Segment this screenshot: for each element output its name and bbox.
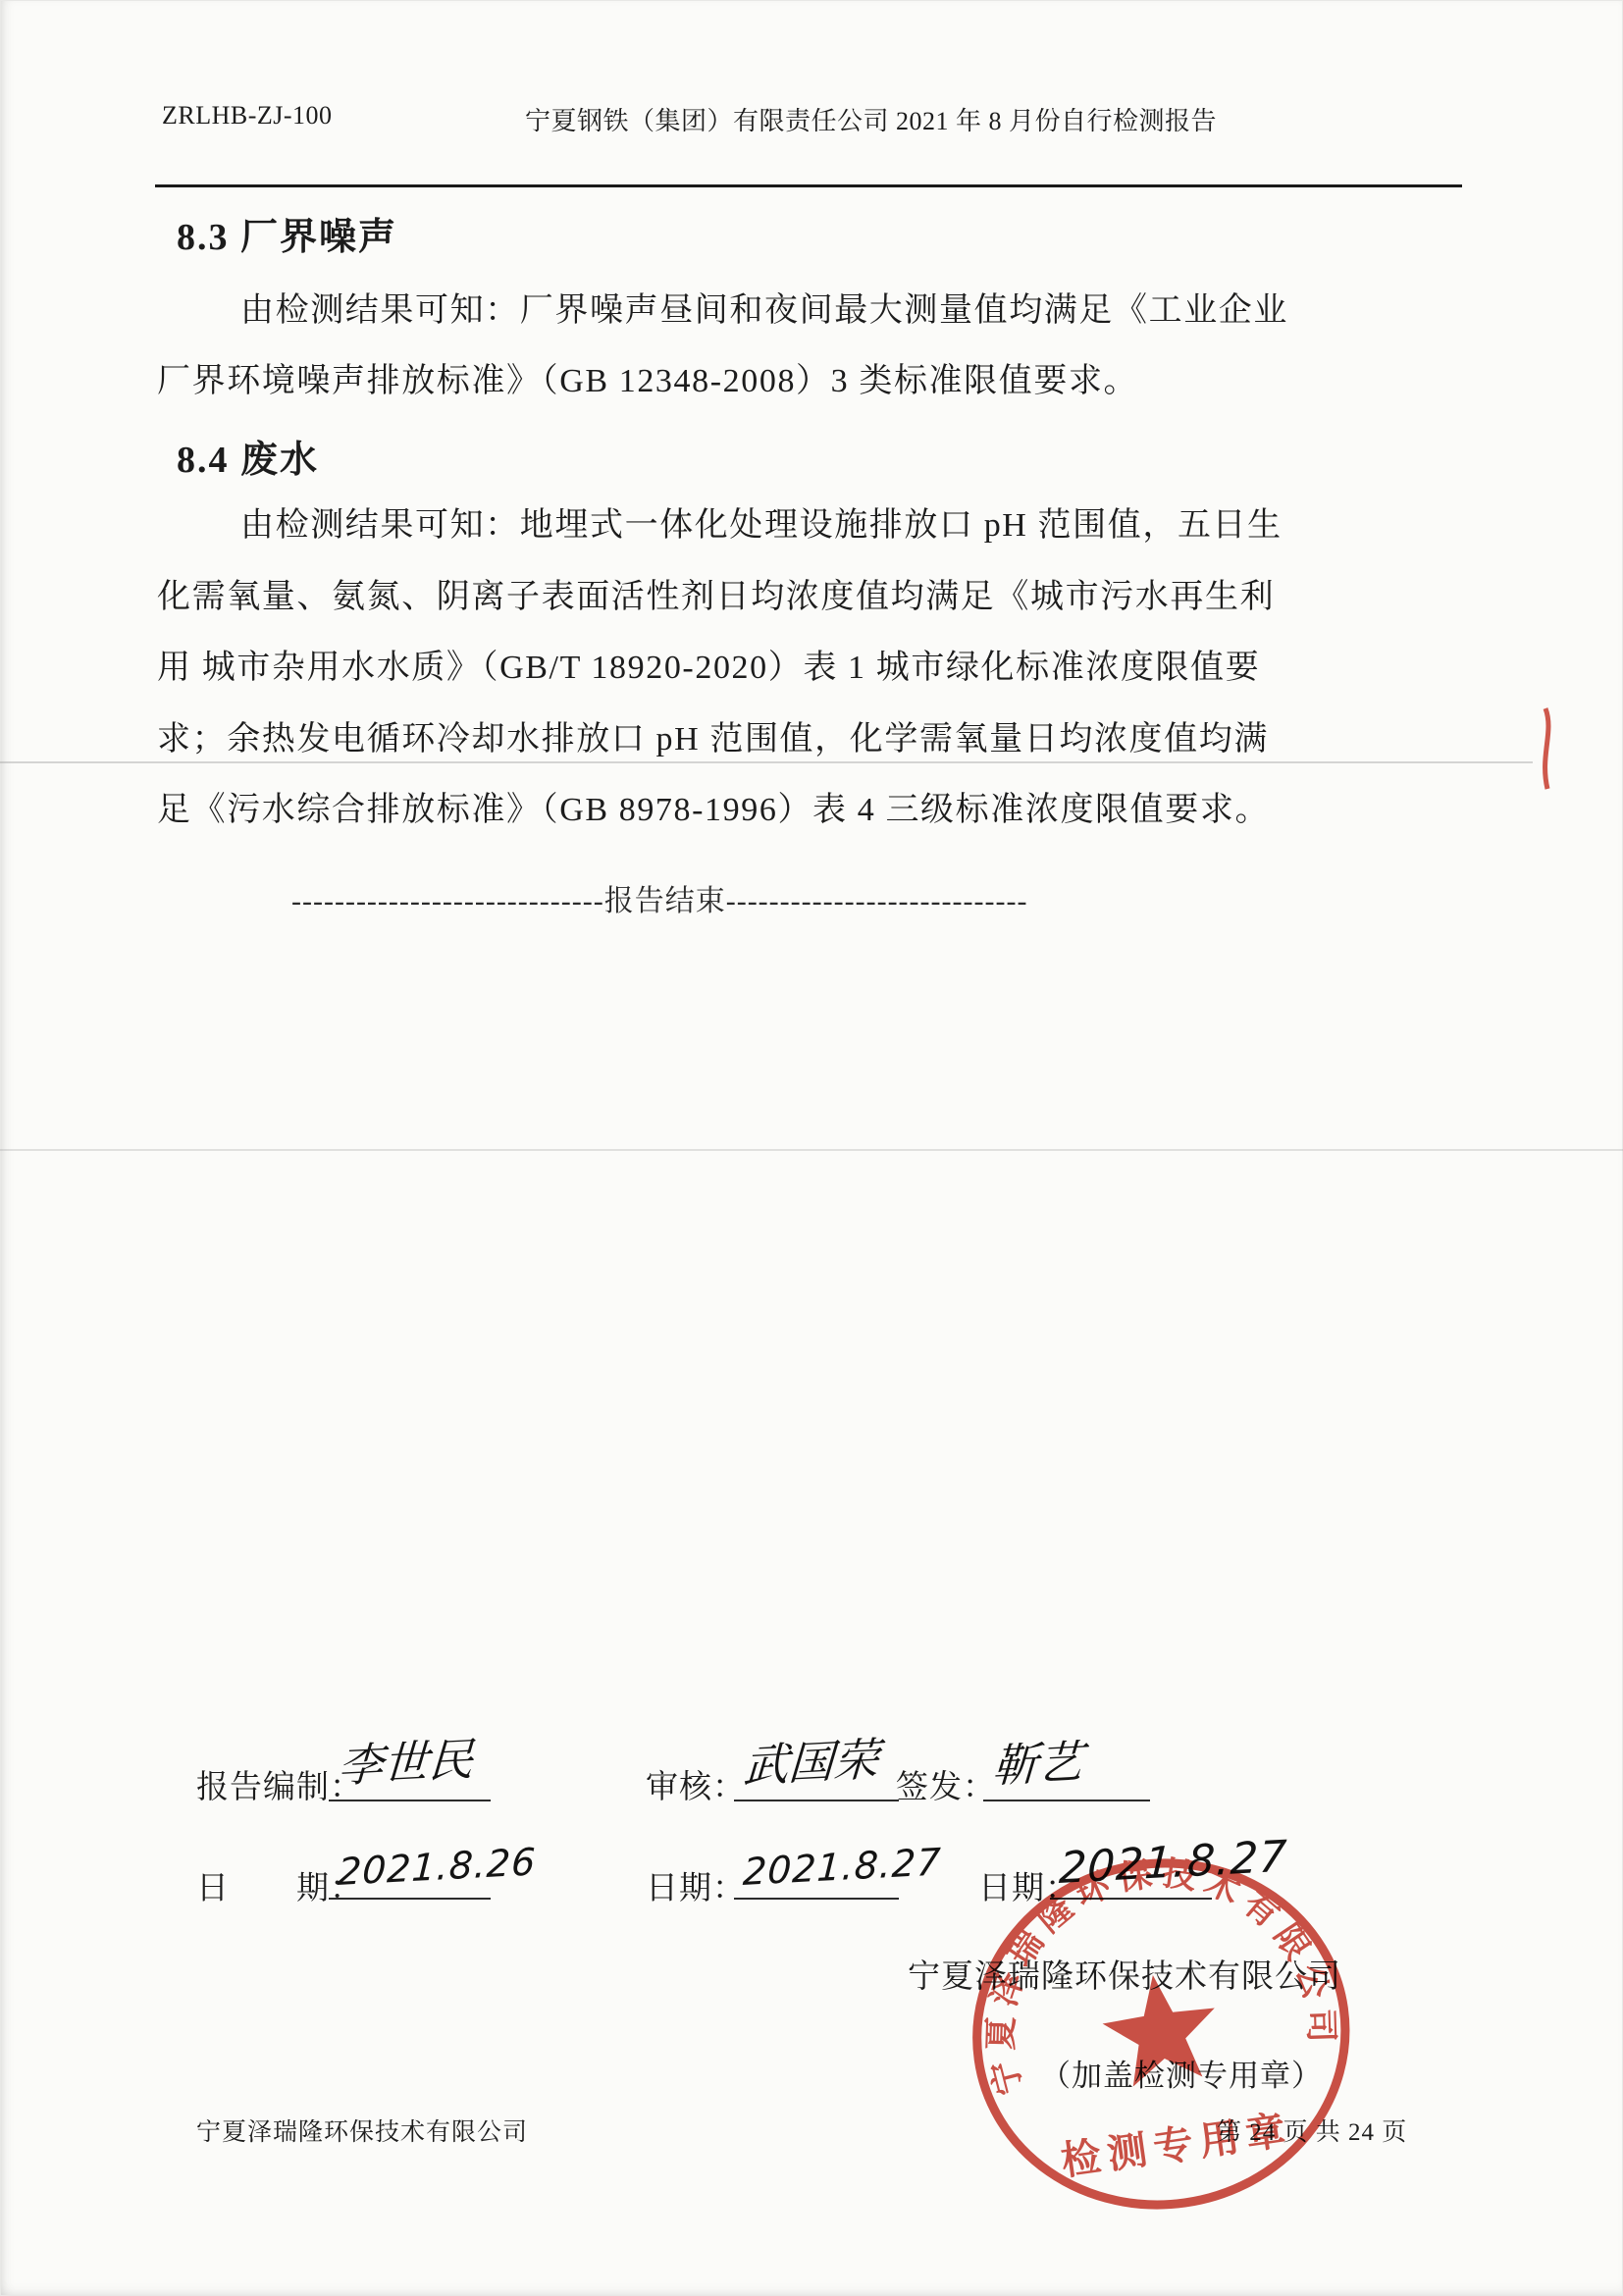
report-end-line: -----------------------------报告结束-------… xyxy=(291,876,1027,919)
section-8-4-line: 由检测结果可知：地埋式一体化处理设施排放口 pH 范围值，五日生 xyxy=(240,497,1283,546)
red-pen-mark xyxy=(1537,704,1562,793)
section-8-3-line: 厂界环境噪声排放标准》（GB 12348-2008）3 类标准限值要求。 xyxy=(157,353,1138,401)
reviewed-by-signature: 武国荣 xyxy=(742,1724,880,1796)
date-value-handwritten: 2021.8.27 xyxy=(742,1840,942,1894)
fold-crease-line xyxy=(0,761,1533,763)
section-8-4-line: 化需氧量、氨氮、阴离子表面活性剂日均浓度值均满足《城市污水再生利 xyxy=(157,569,1275,617)
fold-crease-line xyxy=(0,1149,1623,1151)
document-page: ZRLHB-ZJ-100 宁夏钢铁（集团）有限责任公司 2021 年 8 月份自… xyxy=(0,0,1623,2296)
issued-by-label: 签发： xyxy=(896,1761,996,1807)
reviewed-by-label: 审核： xyxy=(646,1761,746,1807)
header-title: 宁夏钢铁（集团）有限责任公司 2021 年 8 月份自行检测报告 xyxy=(525,101,1217,137)
date-label: 日期： xyxy=(646,1862,746,1908)
seal-star-icon xyxy=(1097,1967,1224,2090)
signature-line: 靳艺 xyxy=(983,1725,1150,1801)
section-8-4-line: 足《污水综合排放标准》（GB 8978-1996）表 4 三级标准浓度限值要求。 xyxy=(157,782,1270,830)
header-rule xyxy=(155,184,1462,187)
signature-line: 李世民 xyxy=(329,1725,491,1801)
date-value-handwritten: 2021.8.26 xyxy=(337,1840,537,1894)
section-8-4-line: 用 城市杂用水水质》（GB/T 18920-2020）表 1 城市绿化标准浓度限… xyxy=(157,640,1260,688)
section-8-4-heading: 8.4 废水 xyxy=(177,429,319,483)
footer-company: 宁夏泽瑞隆环保技术有限公司 xyxy=(196,2113,528,2148)
date-line: 2021.8.27 xyxy=(734,1827,899,1900)
issued-by-signature: 靳艺 xyxy=(991,1726,1084,1796)
signature-line: 武国荣 xyxy=(734,1725,899,1801)
section-8-4-line: 求；余热发电循环冷却水排放口 pH 范围值，化学需氧量日均浓度值均满 xyxy=(157,711,1269,759)
inspection-seal-stamp: 宁夏泽瑞隆环保技术有限公司 检测专用章 xyxy=(939,1825,1385,2253)
section-8-3-line: 由检测结果可知：厂界噪声昼间和夜间最大测量值均满足《工业企业 xyxy=(240,283,1288,331)
date-line: 2021.8.26 xyxy=(329,1827,491,1900)
header-doc-code: ZRLHB-ZJ-100 xyxy=(162,101,333,130)
prepared-by-signature: 李世民 xyxy=(337,1724,475,1796)
section-8-3-heading: 8.3 厂界噪声 xyxy=(177,206,397,260)
